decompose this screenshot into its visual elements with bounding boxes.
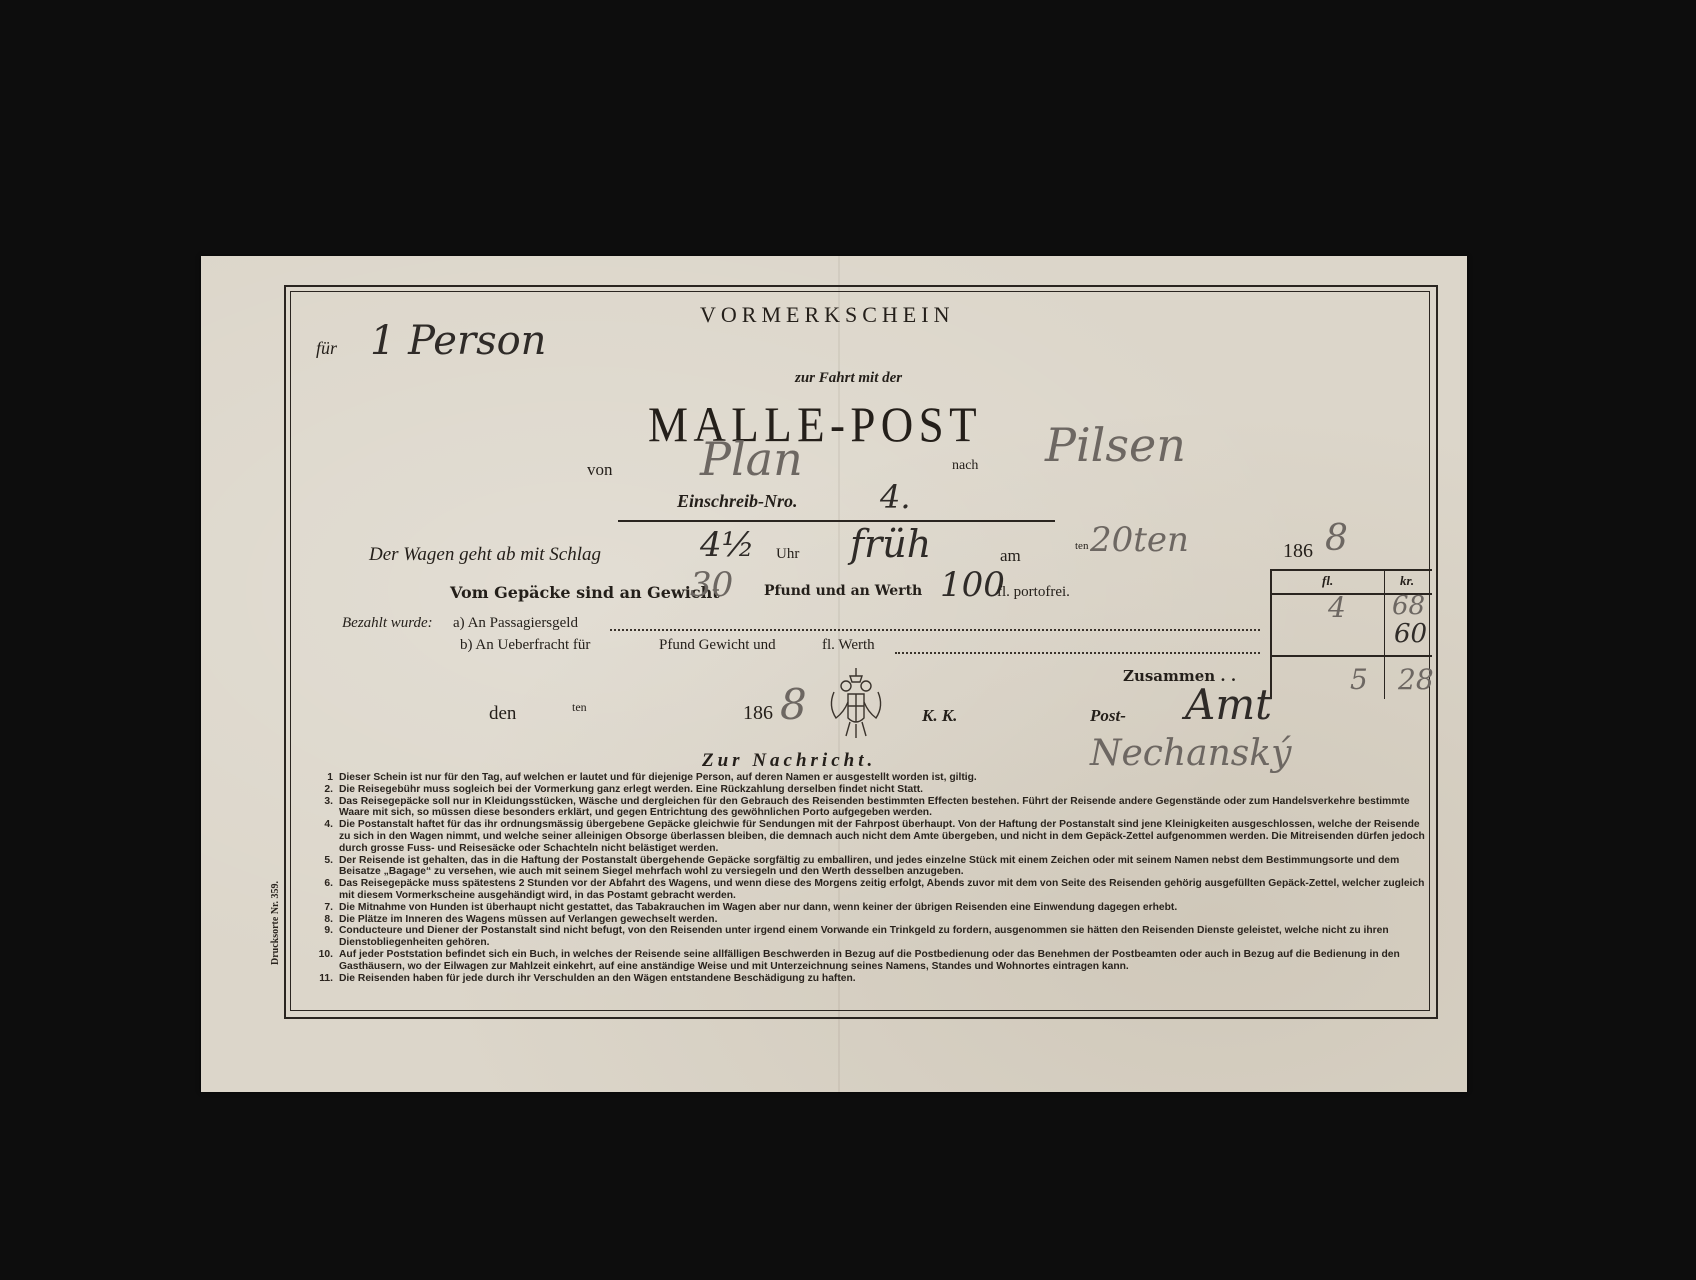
table-total-line: [1272, 655, 1432, 657]
ten-label: ten: [1075, 540, 1088, 552]
official-signature: Nechanský: [1090, 733, 1291, 774]
ueberfracht-label: b) An Ueberfracht für: [460, 637, 590, 654]
amt-value: Amt: [1185, 680, 1272, 729]
pfund-werth-label: Pfund und an Werth: [764, 583, 922, 599]
post-label: Post-: [1090, 706, 1126, 726]
note-item: 10.Auf jeder Poststation befindet sich e…: [315, 949, 1425, 973]
note-item: 1Dieser Schein ist nur für den Tag, auf …: [315, 772, 1425, 784]
note-item: 7.Die Mitnahme von Hunden ist überhaupt …: [315, 902, 1425, 914]
portofrei-label: fl. portofrei.: [997, 584, 1070, 601]
date-value: 20ten: [1090, 520, 1189, 560]
note-number: 8.: [315, 914, 333, 926]
year-prefix: 186: [1283, 540, 1313, 563]
am-label: am: [1000, 546, 1021, 566]
note-item: 4.Die Postanstalt haftet für das ihr ord…: [315, 819, 1425, 854]
von-label: von: [587, 460, 613, 480]
gewicht-value: 30: [690, 565, 733, 605]
total-kr: 28: [1398, 663, 1434, 696]
total-fl: 5: [1350, 663, 1368, 696]
note-text: Die Mitnahme von Hunden ist überhaupt ni…: [339, 902, 1425, 914]
service-name: MALLE-POST: [648, 395, 982, 453]
werth-value: 100: [940, 565, 1005, 605]
note-text: Das Reisegepäcke soll nur in Kleidungsst…: [339, 796, 1425, 820]
year2-suffix: 8: [780, 680, 807, 729]
note-number: 4.: [315, 819, 333, 854]
ueberfracht-dots: [895, 651, 1260, 654]
einschreib-underline: [618, 520, 1055, 522]
einschreib-value: 4.: [880, 478, 911, 516]
abfahrt-time: 4½: [700, 525, 755, 565]
nach-value: Pilsen: [1045, 418, 1186, 472]
uhr-label: Uhr: [776, 546, 799, 563]
note-text: Die Reisegebühr muss sogleich bei der Vo…: [339, 784, 1425, 796]
row2-kr: 60: [1394, 619, 1427, 649]
notes-list: 1Dieser Schein ist nur für den Tag, auf …: [315, 772, 1425, 984]
note-text: Die Reisenden haben für jede durch ihr V…: [339, 973, 1425, 985]
note-number: 3.: [315, 796, 333, 820]
note-text: Die Plätze im Inneren des Wagens müssen …: [339, 914, 1425, 926]
fl-werth-label: fl. Werth: [822, 637, 875, 654]
note-text: Auf jeder Poststation befindet sich ein …: [339, 949, 1425, 973]
fl-header: fl.: [1322, 573, 1333, 589]
note-item: 11.Die Reisenden haben für jede durch ih…: [315, 973, 1425, 985]
fuer-label: für: [316, 338, 337, 359]
note-item: 6.Das Reisegepäcke muss spätestens 2 Stu…: [315, 878, 1425, 902]
abfahrt-label: Der Wagen geht ab mit Schlag: [369, 544, 601, 566]
gepaeck-label: Vom Gepäcke sind an Gewicht: [450, 583, 720, 602]
note-item: 2.Die Reisegebühr muss sogleich bei der …: [315, 784, 1425, 796]
den-label: den: [489, 703, 516, 725]
document-title: VORMERKSCHEIN: [700, 302, 954, 328]
einschreib-label: Einschreib-Nro.: [677, 491, 798, 512]
note-item: 5.Der Reisende ist gehalten, das in die …: [315, 855, 1425, 879]
note-number: 11.: [315, 973, 333, 985]
note-text: Das Reisegepäcke muss spätestens 2 Stund…: [339, 878, 1425, 902]
note-number: 9.: [315, 925, 333, 949]
note-number: 7.: [315, 902, 333, 914]
payment-table: fl. kr. 4 68 60 5 28: [1270, 569, 1432, 699]
nach-label: nach: [952, 458, 978, 474]
fuer-value: 1 Person: [370, 318, 546, 364]
double-headed-eagle-icon: [826, 666, 886, 742]
table-top-line: [1272, 569, 1432, 571]
tageszeit-value: früh: [850, 522, 931, 566]
note-item: 9.Conducteure und Diener der Postanstalt…: [315, 925, 1425, 949]
ten2-label: ten: [572, 700, 587, 715]
note-item: 3.Das Reisegepäcke soll nur in Kleidungs…: [315, 796, 1425, 820]
row1-fl: 4: [1328, 591, 1346, 624]
note-item: 8.Die Plätze im Inneren des Wagens müsse…: [315, 914, 1425, 926]
note-number: 6.: [315, 878, 333, 902]
note-text: Die Postanstalt haftet für das ihr ordnu…: [339, 819, 1425, 854]
year-suffix: 8: [1325, 518, 1348, 559]
note-text: Dieser Schein ist nur für den Tag, auf w…: [339, 772, 1425, 784]
note-text: Conducteure und Diener der Postanstalt s…: [339, 925, 1425, 949]
note-number: 2.: [315, 784, 333, 796]
notes-heading: Zur Nachricht.: [702, 750, 876, 772]
passagiersgeld-label: a) An Passagiersgeld: [453, 615, 578, 632]
pfund-gewicht-label: Pfund Gewicht und: [659, 637, 776, 654]
print-mark: Drucksorte Nr. 359.: [270, 881, 281, 965]
kk-label: K. K.: [922, 706, 957, 726]
note-number: 1: [315, 772, 333, 784]
subtitle: zur Fahrt mit der: [795, 370, 902, 387]
bezahlt-label: Bezahlt wurde:: [342, 615, 433, 632]
table-column-divider: [1384, 569, 1385, 699]
note-number: 10.: [315, 949, 333, 973]
von-value: Plan: [700, 432, 803, 486]
note-text: Der Reisende ist gehalten, das in die Ha…: [339, 855, 1425, 879]
year2-prefix: 186: [743, 702, 773, 725]
kr-header: kr.: [1400, 573, 1414, 589]
passagiersgeld-dots: [610, 628, 1260, 631]
row1-kr: 68: [1392, 591, 1425, 621]
note-number: 5.: [315, 855, 333, 879]
